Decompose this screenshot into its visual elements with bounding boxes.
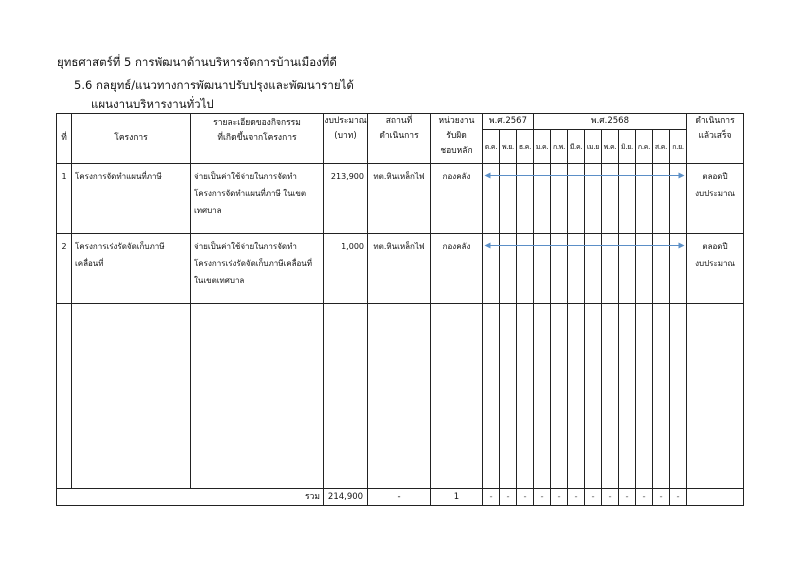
month-cell xyxy=(585,164,602,234)
header-unit: หน่วยงาน รับผิด ชอบหลัก xyxy=(431,114,483,164)
approach-heading: 5.6 กลยุทธ์/แนวทางการพัฒนาปรับปรุงและพัฒ… xyxy=(74,77,354,95)
total-month: - xyxy=(636,489,653,506)
month-cell xyxy=(517,164,534,234)
total-month: - xyxy=(534,489,551,506)
month-cell xyxy=(653,164,670,234)
header-month: ส.ค. xyxy=(653,130,670,164)
row-done: ตลอดปีงบประมาณ xyxy=(687,164,744,234)
header-project: โครงการ xyxy=(72,114,191,164)
header-month: มิ.ย. xyxy=(619,130,636,164)
header-month: ก.พ. xyxy=(551,130,568,164)
month-cell xyxy=(619,234,636,304)
header-month: ธ.ค. xyxy=(517,130,534,164)
row-detail: จ่ายเป็นค่าใช้จ่ายในการจัดทำโครงการเร่งร… xyxy=(191,234,324,304)
row-detail: จ่ายเป็นค่าใช้จ่ายในการจัดทำโครงการจัดทำ… xyxy=(191,164,324,234)
row-unit: กองคลัง xyxy=(431,164,483,234)
table-row: 1โครงการจัดทำแผนที่ภาษีจ่ายเป็นค่าใช้จ่า… xyxy=(57,164,744,234)
header-month: ก.ย. xyxy=(670,130,687,164)
total-month: - xyxy=(585,489,602,506)
plan-heading: แผนงานบริหารงานทั่วไป xyxy=(91,96,214,114)
month-cell xyxy=(534,234,551,304)
month-cell xyxy=(670,164,687,234)
month-cell xyxy=(483,164,500,234)
row-no: 2 xyxy=(57,234,72,304)
row-done: ตลอดปีงบประมาณ xyxy=(687,234,744,304)
month-cell xyxy=(585,234,602,304)
total-month: - xyxy=(602,489,619,506)
header-detail-line1: รายละเอียดของกิจกรรม xyxy=(191,116,323,131)
header-month: มี.ค. xyxy=(568,130,585,164)
total-month: - xyxy=(551,489,568,506)
month-cell xyxy=(619,164,636,234)
month-cell xyxy=(568,164,585,234)
row-no: 1 xyxy=(57,164,72,234)
header-detail: รายละเอียดของกิจกรรม ที่เกิดขึ้นจากโครงก… xyxy=(191,114,324,164)
header-month: พ.ค. xyxy=(602,130,619,164)
month-cell xyxy=(670,234,687,304)
total-unit: 1 xyxy=(431,489,483,506)
header-no: ที่ xyxy=(57,114,72,164)
total-month: - xyxy=(670,489,687,506)
header-month: ม.ค. xyxy=(534,130,551,164)
month-cell xyxy=(517,234,534,304)
total-month: - xyxy=(568,489,585,506)
header-month: ก.ค. xyxy=(636,130,653,164)
total-budget: 214,900 xyxy=(324,489,368,506)
total-month: - xyxy=(517,489,534,506)
month-cell xyxy=(500,164,517,234)
month-cell xyxy=(534,164,551,234)
filler-row xyxy=(57,304,744,489)
header-month: พ.ย. xyxy=(500,130,517,164)
header-year-2567: พ.ศ.2567 xyxy=(483,114,534,130)
total-month: - xyxy=(619,489,636,506)
header-done: ดำเนินการ แล้วเสร็จ xyxy=(687,114,744,164)
row-unit: กองคลัง xyxy=(431,234,483,304)
row-project: โครงการจัดทำแผนที่ภาษี xyxy=(72,164,191,234)
header-detail-line2: ที่เกิดขึ้นจากโครงการ xyxy=(191,131,323,146)
month-cell xyxy=(636,234,653,304)
total-row: รวม214,900-1------------ xyxy=(57,489,744,506)
month-cell xyxy=(483,234,500,304)
row-budget: 1,000 xyxy=(324,234,368,304)
total-label: รวม xyxy=(57,489,324,506)
month-cell xyxy=(602,164,619,234)
table-row: 2โครงการเร่งรัดจัดเก็บภาษีเคลื่อนที่จ่าย… xyxy=(57,234,744,304)
total-month: - xyxy=(500,489,517,506)
plan-table: ที่ โครงการ รายละเอียดของกิจกรรม ที่เกิด… xyxy=(56,113,744,506)
month-cell xyxy=(551,234,568,304)
total-place: - xyxy=(368,489,431,506)
month-cell xyxy=(653,234,670,304)
month-cell xyxy=(636,164,653,234)
month-cell xyxy=(568,234,585,304)
row-project: โครงการเร่งรัดจัดเก็บภาษีเคลื่อนที่ xyxy=(72,234,191,304)
header-month: เม.ย xyxy=(585,130,602,164)
month-cell xyxy=(500,234,517,304)
row-budget: 213,900 xyxy=(324,164,368,234)
total-month: - xyxy=(653,489,670,506)
month-cell xyxy=(602,234,619,304)
header-year-2568: พ.ศ.2568 xyxy=(534,114,687,130)
month-cell xyxy=(551,164,568,234)
row-place: ทต.หินเหล็กไฟ xyxy=(368,234,431,304)
header-budget: งบประมาณ (บาท) xyxy=(324,114,368,164)
header-month: ต.ค. xyxy=(483,130,500,164)
strategy-heading: ยุทธศาสตร์ที่ 5 การพัฒนาด้านบริหารจัดการ… xyxy=(57,54,337,72)
total-month: - xyxy=(483,489,500,506)
row-place: ทต.หินเหล็กไฟ xyxy=(368,164,431,234)
header-place: สถานที่ ดำเนินการ xyxy=(368,114,431,164)
